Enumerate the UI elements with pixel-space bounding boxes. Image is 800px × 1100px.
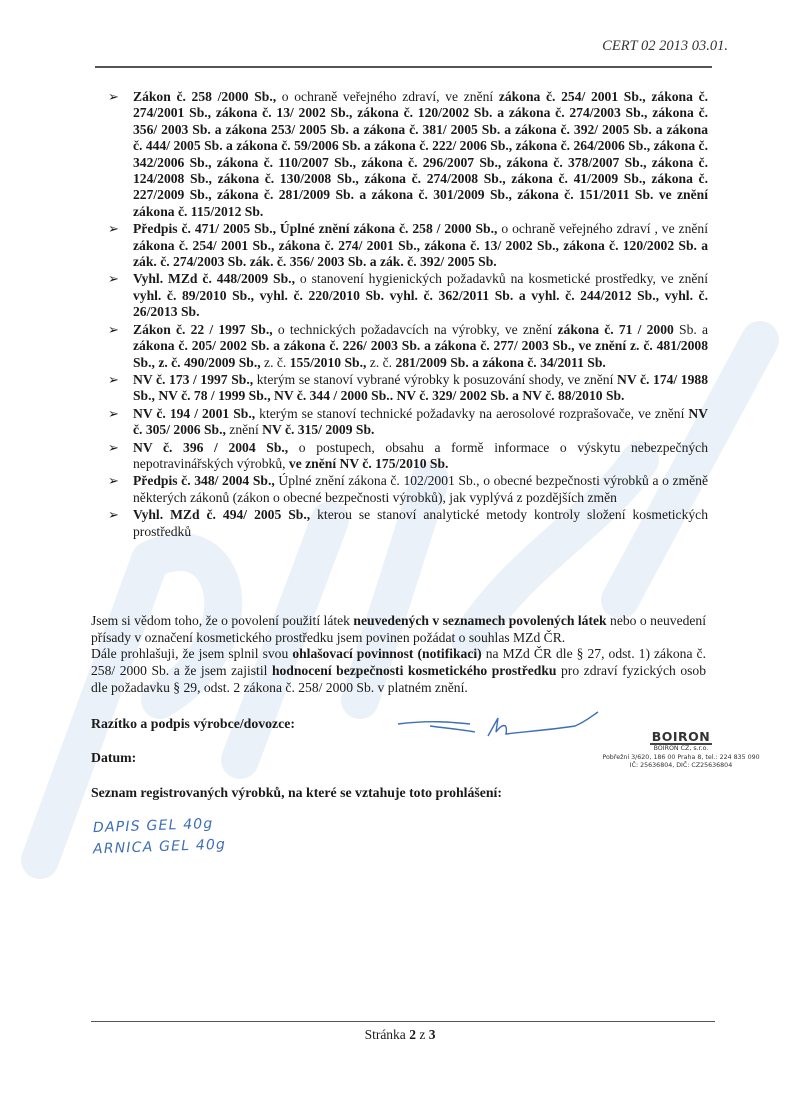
legislation-item: ➢Předpis č. 471/ 2005 Sb., Úplné znění z…: [108, 221, 708, 270]
stamp-company: BOIRON CZ, s.r.o.: [576, 745, 786, 754]
declaration-paragraph: Dále prohlašuji, že jsem splnil svou ohl…: [91, 645, 706, 696]
awareness-paragraph: Jsem si vědom toho, že o povolení použit…: [91, 612, 706, 646]
date-label: Datum:: [91, 750, 136, 766]
product-item: DAPIS GEL 40g: [93, 816, 214, 836]
stamp-signature-label: Razítko a podpis výrobce/dovozce:: [91, 716, 295, 732]
footer-divider: [91, 1021, 715, 1022]
document-code: CERT 02 2013 03.01.: [602, 38, 728, 55]
product-item: ARNICA GEL 40g: [93, 837, 227, 858]
header-divider: [95, 66, 712, 68]
products-heading: Seznam registrovaných výrobků, na které …: [91, 785, 502, 801]
legislation-item: ➢Zákon č. 22 / 1997 Sb., o technických p…: [108, 322, 708, 371]
page-current: 2: [409, 1027, 416, 1042]
stamp-ids: IČ: 25636804, DIČ: CZ25636804: [576, 762, 786, 771]
page-total: 3: [429, 1027, 436, 1042]
arrow-bullet-icon: ➢: [108, 372, 119, 388]
legislation-list: ➢Zákon č. 258 /2000 Sb., o ochraně veřej…: [108, 89, 708, 541]
legislation-item: ➢Zákon č. 258 /2000 Sb., o ochraně veřej…: [108, 89, 708, 220]
arrow-bullet-icon: ➢: [108, 440, 119, 456]
legislation-item: ➢Vyhl. MZd č. 494/ 2005 Sb., kterou se s…: [108, 507, 708, 540]
stamp-address: Pobřežní 3/620, 186 00 Praha 8, tel.: 22…: [576, 754, 786, 763]
arrow-bullet-icon: ➢: [108, 89, 119, 105]
page-sep: z: [416, 1027, 429, 1042]
arrow-bullet-icon: ➢: [108, 473, 119, 489]
arrow-bullet-icon: ➢: [108, 271, 119, 287]
arrow-bullet-icon: ➢: [108, 221, 119, 237]
signature-scribble: [370, 702, 610, 742]
arrow-bullet-icon: ➢: [108, 406, 119, 422]
arrow-bullet-icon: ➢: [108, 322, 119, 338]
arrow-bullet-icon: ➢: [108, 507, 119, 523]
legislation-item: ➢NV č. 173 / 1997 Sb., kterým se stanoví…: [108, 372, 708, 405]
stamp-brand: BOIRON: [650, 730, 713, 745]
legislation-item: ➢Předpis č. 348/ 2004 Sb., Úplné znění z…: [108, 473, 708, 506]
legislation-item: ➢NV č. 194 / 2001 Sb., kterým se stanoví…: [108, 406, 708, 439]
legislation-item: ➢NV č. 396 / 2004 Sb., o postupech, obsa…: [108, 440, 708, 473]
page-prefix: Stránka: [365, 1027, 410, 1042]
page-number: Stránka 2 z 3: [0, 1027, 800, 1043]
legislation-item: ➢Vyhl. MZd č. 448/2009 Sb., o stanovení …: [108, 271, 708, 320]
company-stamp: BOIRON BOIRON CZ, s.r.o. Pobřežní 3/620,…: [576, 726, 786, 771]
